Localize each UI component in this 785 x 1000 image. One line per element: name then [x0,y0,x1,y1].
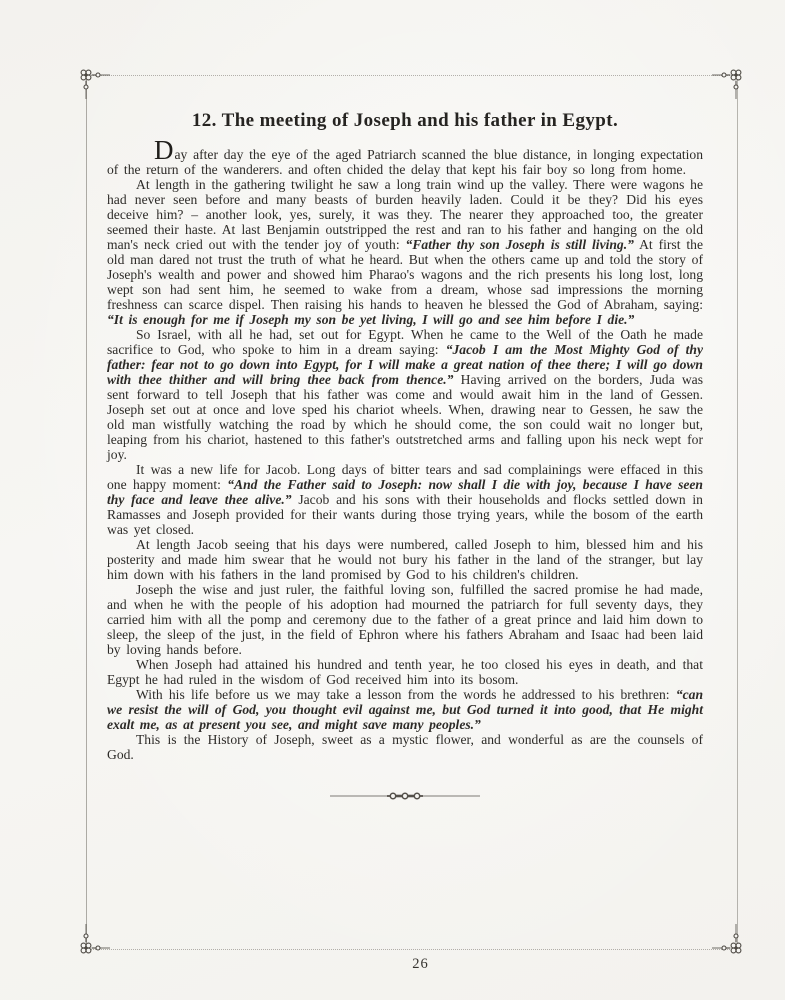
paragraph: With his life before us we may take a le… [107,687,703,732]
scripture-quote: “Father thy son Joseph is still living.” [406,237,634,252]
corner-rosette-icon [712,924,746,958]
paragraphs: Day after day the eye of the aged Patria… [107,143,703,762]
paragraph: At length Jacob seeing that his days wer… [107,537,703,582]
corner-rosette-icon [76,924,110,958]
corner-rosette-icon [76,65,110,99]
text-block: 12. The meeting of Joseph and his father… [107,110,703,807]
page-number: 26 [56,956,785,973]
paragraph: When Joseph had attained his hundred and… [107,657,703,687]
body-text: With his life before us we may take a le… [136,687,676,702]
paragraph: It was a new life for Jacob. Long days o… [107,462,703,537]
body-text: This is the History of Joseph, sweet as … [107,732,703,762]
body-text: At length Jacob seeing that his days wer… [107,537,703,582]
body-text: Joseph the wise and just ruler, the fait… [107,582,703,657]
paragraph: At length in the gathering twilight he s… [107,177,703,327]
body-text: When Joseph had attained his hundred and… [107,657,703,687]
body-text: ay after day the eye of the aged Patriar… [107,147,703,177]
page-title: 12. The meeting of Joseph and his father… [107,110,703,132]
paragraph: Joseph the wise and just ruler, the fait… [107,582,703,657]
paragraph: So Israel, with all he had, set out for … [107,327,703,462]
paragraph: Day after day the eye of the aged Patria… [107,143,703,177]
book-page: 12. The meeting of Joseph and his father… [0,0,785,1000]
paragraph: This is the History of Joseph, sweet as … [107,732,703,762]
section-divider [107,789,703,807]
drop-cap: D [154,135,175,165]
beaded-rule-icon [330,790,480,802]
scripture-quote: “It is enough for me if Joseph my son be… [107,312,634,327]
corner-rosette-icon [712,65,746,99]
